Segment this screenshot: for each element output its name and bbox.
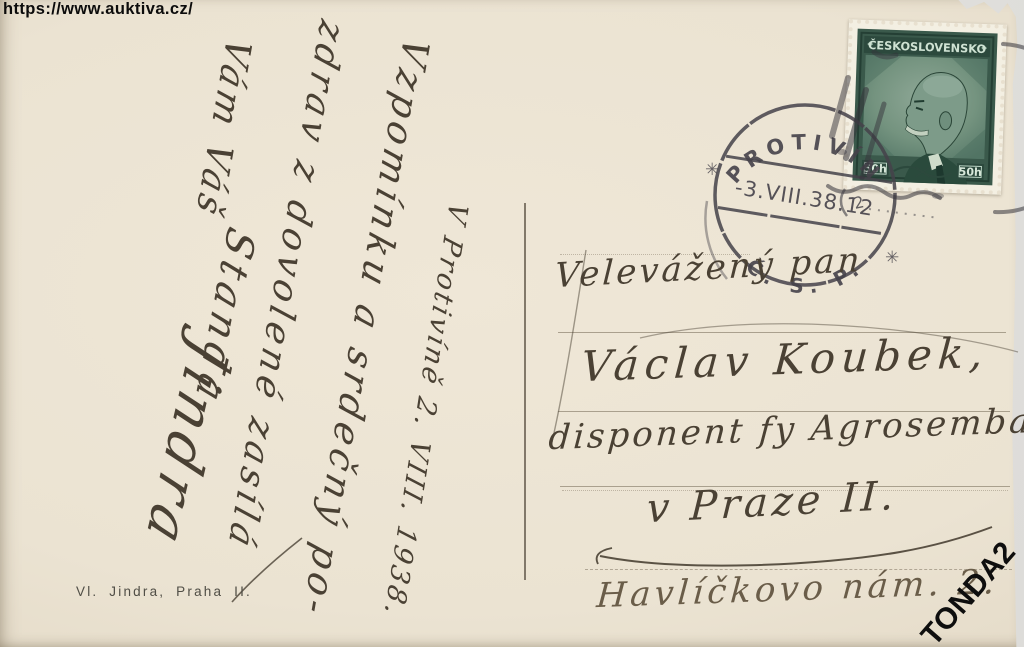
scan-background: ČESKOSLOVENSKO 50h 50h: [0, 0, 1024, 647]
publisher-imprint: Vl. Jindra, Praha II.: [76, 584, 252, 599]
source-url-text: https://www.auktiva.cz/: [3, 0, 193, 19]
pen-flourishes: [0, 0, 1024, 647]
